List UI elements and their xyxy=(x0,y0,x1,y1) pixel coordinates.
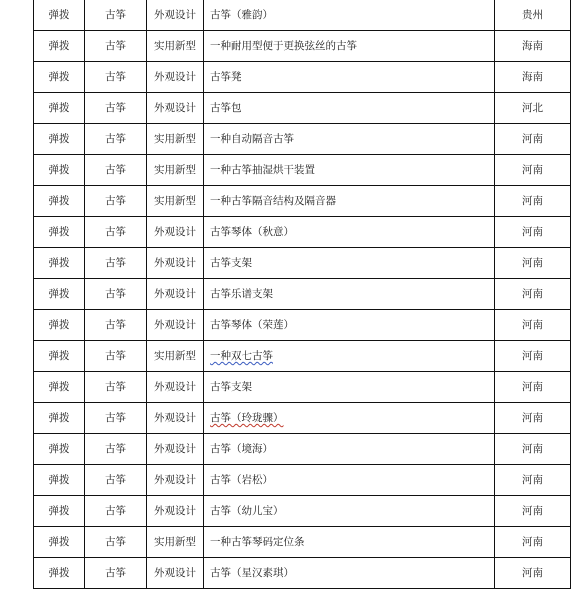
cell-region-text: 河南 xyxy=(522,567,543,579)
cell-instrument-text: 古筝 xyxy=(105,257,126,269)
cell-patent-type: 外观设计 xyxy=(147,434,204,465)
cell-instrument-text: 古筝 xyxy=(105,474,126,486)
cell-category: 弹拨 xyxy=(34,279,85,310)
cell-region: 河南 xyxy=(495,310,571,341)
table-row: 弹拨古筝外观设计古筝乐谱支架河南 xyxy=(34,279,571,310)
patent-table-container: 弹拨古筝外观设计古筝（雅韵）贵州弹拨古筝实用新型一种耐用型便于更换弦丝的古筝海南… xyxy=(33,0,570,589)
cell-region: 河北 xyxy=(495,93,571,124)
patent-table-body: 弹拨古筝外观设计古筝（雅韵）贵州弹拨古筝实用新型一种耐用型便于更换弦丝的古筝海南… xyxy=(34,0,571,589)
table-row: 弹拨古筝外观设计古筝支架河南 xyxy=(34,248,571,279)
cell-instrument: 古筝 xyxy=(85,124,147,155)
cell-patent-type-text: 实用新型 xyxy=(154,164,196,176)
table-row: 弹拨古筝外观设计古筝琴体（秋意）河南 xyxy=(34,217,571,248)
cell-category: 弹拨 xyxy=(34,248,85,279)
cell-patent-type-text: 实用新型 xyxy=(154,133,196,145)
cell-category-text: 弹拨 xyxy=(49,443,70,455)
table-row: 弹拨古筝实用新型一种古筝隔音结构及隔音器河南 xyxy=(34,186,571,217)
cell-patent-type: 实用新型 xyxy=(147,186,204,217)
cell-patent-name-text: 古筝（星汉素琪） xyxy=(210,567,294,579)
cell-category: 弹拨 xyxy=(34,496,85,527)
cell-instrument-text: 古筝 xyxy=(105,226,126,238)
cell-category-text: 弹拨 xyxy=(49,288,70,300)
cell-region-text: 河南 xyxy=(522,536,543,548)
cell-region: 河南 xyxy=(495,496,571,527)
table-row: 弹拨古筝外观设计古筝（岩松）河南 xyxy=(34,465,571,496)
cell-patent-name: 古筝凳 xyxy=(204,62,495,93)
cell-instrument: 古筝 xyxy=(85,93,147,124)
cell-category: 弹拨 xyxy=(34,217,85,248)
cell-category-text: 弹拨 xyxy=(49,133,70,145)
cell-instrument: 古筝 xyxy=(85,372,147,403)
cell-patent-type: 外观设计 xyxy=(147,403,204,434)
cell-patent-name: 一种古筝琴码定位条 xyxy=(204,527,495,558)
cell-patent-type-text: 外观设计 xyxy=(154,474,196,486)
cell-instrument: 古筝 xyxy=(85,186,147,217)
cell-patent-type-text: 外观设计 xyxy=(154,102,196,114)
cell-category-text: 弹拨 xyxy=(49,40,70,52)
cell-patent-name-text: 古筝（岩松） xyxy=(210,474,273,486)
cell-region-text: 河南 xyxy=(522,505,543,517)
cell-instrument: 古筝 xyxy=(85,527,147,558)
table-row: 弹拨古筝外观设计古筝（星汉素琪）河南 xyxy=(34,558,571,589)
cell-instrument-text: 古筝 xyxy=(105,350,126,362)
table-row: 弹拨古筝外观设计古筝（雅韵）贵州 xyxy=(34,0,571,31)
cell-region: 河南 xyxy=(495,372,571,403)
cell-category: 弹拨 xyxy=(34,372,85,403)
cell-category-text: 弹拨 xyxy=(49,195,70,207)
cell-instrument-text: 古筝 xyxy=(105,102,126,114)
cell-region: 河南 xyxy=(495,186,571,217)
cell-patent-type-text: 外观设计 xyxy=(154,257,196,269)
cell-patent-name: 古筝支架 xyxy=(204,372,495,403)
cell-instrument: 古筝 xyxy=(85,62,147,93)
cell-instrument: 古筝 xyxy=(85,434,147,465)
cell-patent-type-text: 外观设计 xyxy=(154,71,196,83)
cell-instrument: 古筝 xyxy=(85,0,147,31)
table-row: 弹拨古筝外观设计古筝支架河南 xyxy=(34,372,571,403)
cell-patent-type: 外观设计 xyxy=(147,93,204,124)
cell-region-text: 河南 xyxy=(522,226,543,238)
cell-patent-name: 古筝（星汉素琪） xyxy=(204,558,495,589)
cell-instrument-text: 古筝 xyxy=(105,195,126,207)
cell-patent-type-text: 实用新型 xyxy=(154,195,196,207)
cell-category-text: 弹拨 xyxy=(49,412,70,424)
cell-category: 弹拨 xyxy=(34,465,85,496)
cell-patent-type: 实用新型 xyxy=(147,31,204,62)
cell-region-text: 河南 xyxy=(522,288,543,300)
cell-patent-name-text: 古筝乐谱支架 xyxy=(210,288,273,300)
cell-region-text: 河南 xyxy=(522,133,543,145)
cell-patent-name: 古筝（岩松） xyxy=(204,465,495,496)
cell-patent-type-text: 外观设计 xyxy=(154,9,196,21)
cell-category-text: 弹拨 xyxy=(49,71,70,83)
cell-region: 海南 xyxy=(495,31,571,62)
cell-instrument-text: 古筝 xyxy=(105,133,126,145)
cell-patent-type-text: 外观设计 xyxy=(154,412,196,424)
table-row: 弹拨古筝实用新型一种耐用型便于更换弦丝的古筝海南 xyxy=(34,31,571,62)
cell-patent-type: 外观设计 xyxy=(147,217,204,248)
table-row: 弹拨古筝实用新型一种古筝琴码定位条河南 xyxy=(34,527,571,558)
cell-patent-name: 一种古筝隔音结构及隔音器 xyxy=(204,186,495,217)
cell-patent-type-text: 实用新型 xyxy=(154,40,196,52)
cell-patent-type: 实用新型 xyxy=(147,155,204,186)
table-row: 弹拨古筝外观设计古筝（幼儿宝）河南 xyxy=(34,496,571,527)
table-row: 弹拨古筝外观设计古筝包河北 xyxy=(34,93,571,124)
cell-patent-type: 外观设计 xyxy=(147,0,204,31)
cell-instrument: 古筝 xyxy=(85,31,147,62)
cell-instrument-text: 古筝 xyxy=(105,412,126,424)
cell-patent-type-text: 外观设计 xyxy=(154,226,196,238)
cell-category-text: 弹拨 xyxy=(49,474,70,486)
cell-category: 弹拨 xyxy=(34,0,85,31)
cell-category: 弹拨 xyxy=(34,155,85,186)
cell-region-text: 河南 xyxy=(522,257,543,269)
cell-instrument-text: 古筝 xyxy=(105,164,126,176)
cell-patent-name-text: 一种古筝琴码定位条 xyxy=(210,536,305,548)
cell-instrument-text: 古筝 xyxy=(105,71,126,83)
cell-patent-type-text: 实用新型 xyxy=(154,350,196,362)
cell-region-text: 河南 xyxy=(522,381,543,393)
cell-patent-name-text: 一种耐用型便于更换弦丝的古筝 xyxy=(210,40,357,52)
cell-instrument-text: 古筝 xyxy=(105,319,126,331)
cell-patent-name-text: 一种古筝抽湿烘干装置 xyxy=(210,164,315,176)
cell-patent-type-text: 外观设计 xyxy=(154,381,196,393)
cell-patent-type-text: 外观设计 xyxy=(154,288,196,300)
cell-patent-type-text: 外观设计 xyxy=(154,567,196,579)
cell-instrument: 古筝 xyxy=(85,341,147,372)
cell-instrument: 古筝 xyxy=(85,558,147,589)
cell-category: 弹拨 xyxy=(34,403,85,434)
patent-table: 弹拨古筝外观设计古筝（雅韵）贵州弹拨古筝实用新型一种耐用型便于更换弦丝的古筝海南… xyxy=(33,0,571,589)
cell-category-text: 弹拨 xyxy=(49,536,70,548)
cell-patent-name: 古筝（幼儿宝） xyxy=(204,496,495,527)
cell-patent-name-text: 古筝（玲珑骤） xyxy=(210,412,284,424)
cell-patent-name: 古筝（雅韵） xyxy=(204,0,495,31)
cell-patent-type: 实用新型 xyxy=(147,124,204,155)
cell-patent-type: 外观设计 xyxy=(147,248,204,279)
cell-patent-name: 古筝（境海） xyxy=(204,434,495,465)
cell-category: 弹拨 xyxy=(34,434,85,465)
cell-instrument: 古筝 xyxy=(85,310,147,341)
cell-patent-name-text: 古筝包 xyxy=(210,102,242,114)
cell-instrument-text: 古筝 xyxy=(105,9,126,21)
cell-patent-name: 古筝支架 xyxy=(204,248,495,279)
cell-region: 海南 xyxy=(495,62,571,93)
cell-patent-type-text: 实用新型 xyxy=(154,536,196,548)
cell-region-text: 河南 xyxy=(522,443,543,455)
cell-patent-name-text: 古筝凳 xyxy=(210,71,242,83)
cell-region: 河南 xyxy=(495,558,571,589)
cell-instrument-text: 古筝 xyxy=(105,443,126,455)
cell-region: 河南 xyxy=(495,279,571,310)
cell-patent-name-text: 古筝（雅韵） xyxy=(210,9,273,21)
cell-patent-type: 实用新型 xyxy=(147,341,204,372)
cell-patent-type-text: 外观设计 xyxy=(154,319,196,331)
cell-category: 弹拨 xyxy=(34,31,85,62)
table-row: 弹拨古筝外观设计古筝（玲珑骤）河南 xyxy=(34,403,571,434)
cell-region: 河南 xyxy=(495,248,571,279)
cell-region-text: 海南 xyxy=(522,71,543,83)
cell-patent-name: 一种耐用型便于更换弦丝的古筝 xyxy=(204,31,495,62)
cell-patent-type: 外观设计 xyxy=(147,372,204,403)
cell-category: 弹拨 xyxy=(34,62,85,93)
table-row: 弹拨古筝外观设计古筝（境海）河南 xyxy=(34,434,571,465)
cell-category-text: 弹拨 xyxy=(49,505,70,517)
cell-region: 河南 xyxy=(495,124,571,155)
cell-instrument-text: 古筝 xyxy=(105,381,126,393)
table-row: 弹拨古筝外观设计古筝凳海南 xyxy=(34,62,571,93)
cell-region: 河南 xyxy=(495,155,571,186)
cell-category: 弹拨 xyxy=(34,558,85,589)
cell-region: 贵州 xyxy=(495,0,571,31)
cell-patent-name-text: 一种古筝隔音结构及隔音器 xyxy=(210,195,336,207)
cell-instrument: 古筝 xyxy=(85,403,147,434)
cell-instrument-text: 古筝 xyxy=(105,536,126,548)
cell-patent-name-text: 古筝（幼儿宝） xyxy=(210,505,284,517)
cell-region-text: 河南 xyxy=(522,164,543,176)
cell-patent-name-text: 古筝琴体（秋意） xyxy=(210,226,294,238)
cell-patent-name: 古筝琴体（荣莲） xyxy=(204,310,495,341)
cell-instrument-text: 古筝 xyxy=(105,505,126,517)
cell-category: 弹拨 xyxy=(34,93,85,124)
cell-region: 河南 xyxy=(495,465,571,496)
cell-patent-type: 外观设计 xyxy=(147,496,204,527)
cell-patent-name: 古筝乐谱支架 xyxy=(204,279,495,310)
table-row: 弹拨古筝外观设计古筝琴体（荣莲）河南 xyxy=(34,310,571,341)
cell-category-text: 弹拨 xyxy=(49,164,70,176)
cell-category-text: 弹拨 xyxy=(49,226,70,238)
cell-region-text: 贵州 xyxy=(522,9,543,21)
cell-patent-name-text: 一种自动隔音古筝 xyxy=(210,133,294,145)
cell-instrument: 古筝 xyxy=(85,279,147,310)
cell-instrument-text: 古筝 xyxy=(105,567,126,579)
cell-instrument: 古筝 xyxy=(85,465,147,496)
table-row: 弹拨古筝实用新型一种双七古筝河南 xyxy=(34,341,571,372)
cell-category: 弹拨 xyxy=(34,527,85,558)
cell-region-text: 河南 xyxy=(522,474,543,486)
cell-patent-name-text: 古筝支架 xyxy=(210,257,252,269)
cell-instrument: 古筝 xyxy=(85,155,147,186)
cell-region-text: 河南 xyxy=(522,319,543,331)
cell-category-text: 弹拨 xyxy=(49,381,70,393)
cell-patent-type-text: 外观设计 xyxy=(154,505,196,517)
cell-patent-name-text: 一种双七古筝 xyxy=(210,350,273,362)
cell-patent-type: 外观设计 xyxy=(147,62,204,93)
cell-patent-name: 古筝琴体（秋意） xyxy=(204,217,495,248)
cell-region: 河南 xyxy=(495,527,571,558)
cell-patent-type: 实用新型 xyxy=(147,527,204,558)
cell-patent-name: 古筝包 xyxy=(204,93,495,124)
cell-category: 弹拨 xyxy=(34,124,85,155)
cell-patent-name-text: 古筝支架 xyxy=(210,381,252,393)
cell-region: 河南 xyxy=(495,403,571,434)
cell-patent-type: 外观设计 xyxy=(147,310,204,341)
cell-region: 河南 xyxy=(495,217,571,248)
cell-category: 弹拨 xyxy=(34,186,85,217)
cell-region-text: 河北 xyxy=(522,102,543,114)
cell-region-text: 海南 xyxy=(522,40,543,52)
cell-instrument: 古筝 xyxy=(85,496,147,527)
cell-category-text: 弹拨 xyxy=(49,350,70,362)
cell-patent-name-text: 古筝（境海） xyxy=(210,443,273,455)
cell-patent-name: 一种古筝抽湿烘干装置 xyxy=(204,155,495,186)
cell-patent-name: 一种双七古筝 xyxy=(204,341,495,372)
table-row: 弹拨古筝实用新型一种自动隔音古筝河南 xyxy=(34,124,571,155)
cell-patent-type: 外观设计 xyxy=(147,558,204,589)
table-row: 弹拨古筝实用新型一种古筝抽湿烘干装置河南 xyxy=(34,155,571,186)
cell-category-text: 弹拨 xyxy=(49,102,70,114)
cell-patent-type: 外观设计 xyxy=(147,465,204,496)
cell-instrument-text: 古筝 xyxy=(105,288,126,300)
cell-category-text: 弹拨 xyxy=(49,319,70,331)
cell-category: 弹拨 xyxy=(34,310,85,341)
cell-category-text: 弹拨 xyxy=(49,567,70,579)
cell-instrument-text: 古筝 xyxy=(105,40,126,52)
cell-region-text: 河南 xyxy=(522,412,543,424)
cell-region-text: 河南 xyxy=(522,350,543,362)
cell-patent-name: 一种自动隔音古筝 xyxy=(204,124,495,155)
cell-patent-type: 外观设计 xyxy=(147,279,204,310)
cell-category-text: 弹拨 xyxy=(49,9,70,21)
cell-instrument: 古筝 xyxy=(85,217,147,248)
cell-patent-name: 古筝（玲珑骤） xyxy=(204,403,495,434)
cell-patent-name-text: 古筝琴体（荣莲） xyxy=(210,319,294,331)
cell-category: 弹拨 xyxy=(34,341,85,372)
cell-region: 河南 xyxy=(495,434,571,465)
cell-category-text: 弹拨 xyxy=(49,257,70,269)
cell-instrument: 古筝 xyxy=(85,248,147,279)
cell-region-text: 河南 xyxy=(522,195,543,207)
cell-patent-type-text: 外观设计 xyxy=(154,443,196,455)
cell-region: 河南 xyxy=(495,341,571,372)
